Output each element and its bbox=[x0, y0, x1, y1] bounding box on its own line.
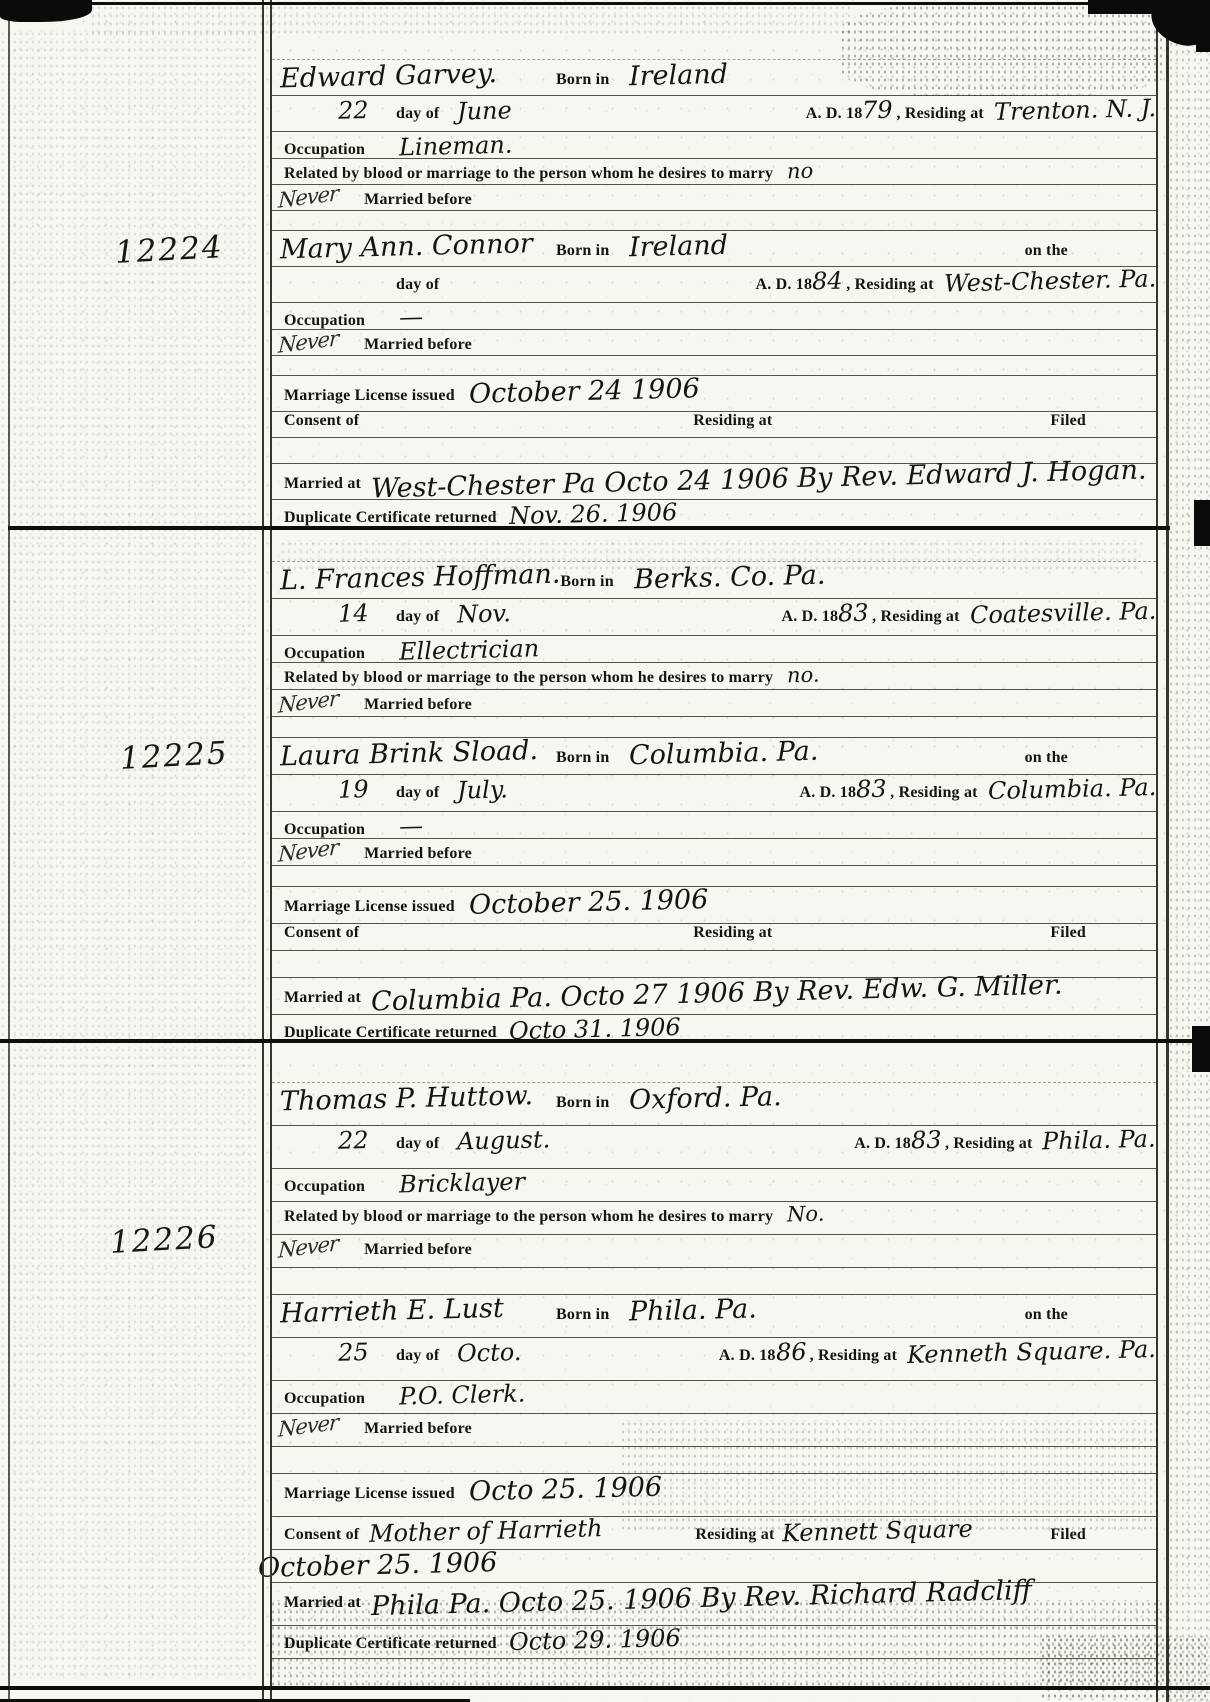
top-edge-line bbox=[90, 2, 1095, 5]
groom-birth-year: 83 bbox=[838, 599, 873, 628]
groom-name-row: Thomas P. Huttow. Born in Oxford. Pa. bbox=[272, 1083, 1156, 1126]
groom-birthdate-row: 22 day of June A. D. 18 79 , Residing at… bbox=[272, 96, 1156, 132]
duplicate-date: Octo 29. 1906 bbox=[508, 1624, 680, 1656]
duplicate-row: Duplicate Certificate returned Octo 31. … bbox=[272, 1015, 1156, 1042]
bride-birth-year: 86 bbox=[775, 1338, 810, 1367]
ruled-line bbox=[272, 1447, 1156, 1474]
born-in-label: Born in bbox=[556, 749, 609, 767]
ruled-line bbox=[272, 866, 1156, 887]
scan-noise-top bbox=[90, 4, 850, 38]
consent-of-label: Consent of bbox=[284, 412, 359, 430]
groom-related-row: Related by blood or marriage to the pers… bbox=[272, 1202, 1156, 1235]
groom-married-before-row: Never Married before bbox=[272, 1235, 1156, 1268]
groom-birth-day: 22 bbox=[338, 1125, 397, 1154]
residing-at-label: , Residing at bbox=[846, 276, 934, 294]
ad-label: A. D. 18 bbox=[781, 608, 838, 626]
married-at-label: Married at bbox=[284, 475, 361, 493]
groom-occupation-row: Occupation Lineman. bbox=[272, 132, 1156, 159]
day-of-label: day of bbox=[396, 608, 439, 626]
ruled-line bbox=[272, 717, 1156, 738]
groom-birth-year: 83 bbox=[911, 1126, 946, 1155]
groom-related-answer: no. bbox=[787, 663, 820, 688]
married-at-label: Married at bbox=[284, 1594, 361, 1612]
bride-birthplace: Phila. Pa. bbox=[629, 1293, 757, 1327]
groom-residence: Coatesville. Pa. bbox=[969, 597, 1156, 630]
bride-birthdate-row: 19 day of July. A. D. 18 83 , Residing a… bbox=[272, 775, 1156, 812]
duplicate-label: Duplicate Certificate returned bbox=[284, 1635, 497, 1653]
license-issued-date: October 25. 1906 bbox=[468, 884, 708, 921]
occupation-label: Occupation bbox=[284, 1178, 365, 1196]
groom-birthplace: Ireland bbox=[629, 59, 729, 92]
bride-married-before-answer: Never bbox=[278, 835, 339, 867]
born-in-label: Born in bbox=[556, 242, 609, 260]
on-the-label: on the bbox=[1025, 749, 1068, 767]
page-edge-mark-mid2 bbox=[1192, 1026, 1210, 1072]
ruled-line bbox=[272, 1056, 1156, 1083]
page-edge-mark-mid1 bbox=[1194, 500, 1210, 546]
bride-married-before-row: Never Married before bbox=[272, 330, 1156, 356]
residing-at-label: , Residing at bbox=[890, 784, 978, 802]
bride-residence: Columbia. Pa. bbox=[987, 773, 1156, 805]
consent-of-label: Consent of bbox=[284, 924, 359, 942]
ad-label: A. D. 18 bbox=[799, 784, 856, 802]
married-before-label: Married before bbox=[364, 696, 472, 714]
bride-birth-month bbox=[457, 288, 585, 291]
bride-birth-day bbox=[338, 288, 396, 289]
bride-birthdate-row: 25 day of Octo. A. D. 18 86 , Residing a… bbox=[272, 1338, 1156, 1381]
bride-birth-day: 19 bbox=[338, 774, 397, 803]
related-label: Related by blood or marriage to the pers… bbox=[284, 165, 773, 183]
residing-at-label: Residing at bbox=[693, 924, 772, 942]
ad-label: A. D. 18 bbox=[806, 105, 863, 123]
license-issued-row: Marriage License issued Octo 25. 1906 bbox=[272, 1474, 1156, 1517]
residing-at-label: , Residing at bbox=[896, 105, 984, 123]
groom-married-before-answer: Never bbox=[278, 181, 339, 213]
groom-birthplace: Berks. Co. Pa. bbox=[633, 560, 825, 596]
consent-date-value: October 25. 1906 bbox=[258, 1547, 498, 1584]
groom-birth-day: 14 bbox=[338, 598, 397, 627]
bottom-edge-line bbox=[0, 1686, 1210, 1690]
bride-occupation-row: Occupation — bbox=[272, 303, 1156, 330]
groom-related-answer: no bbox=[787, 159, 814, 184]
occupation-label: Occupation bbox=[284, 645, 365, 663]
occupation-label: Occupation bbox=[284, 1390, 365, 1408]
groom-related-row: Related by blood or marriage to the pers… bbox=[272, 159, 1156, 185]
page-edge-mark-top bbox=[1196, 0, 1210, 52]
day-of-label: day of bbox=[396, 276, 439, 294]
bride-birth-month: July. bbox=[457, 773, 586, 804]
record-number: 12225 bbox=[119, 735, 229, 777]
on-the-label: on the bbox=[1025, 242, 1068, 260]
born-in-label: Born in bbox=[556, 71, 609, 89]
groom-birthdate-row: 22 day of August. A. D. 18 83 , Residing… bbox=[272, 1126, 1156, 1169]
scan-artifact-top-left bbox=[0, 0, 92, 22]
ruled-line bbox=[272, 541, 1156, 562]
day-of-label: day of bbox=[396, 105, 439, 123]
bride-name-row: Laura Brink Sload. Born in Columbia. Pa.… bbox=[272, 738, 1156, 775]
married-before-label: Married before bbox=[364, 1241, 472, 1259]
groom-birthplace: Oxford. Pa. bbox=[629, 1081, 782, 1116]
license-issued-row: Marriage License issued October 25. 1906 bbox=[272, 887, 1156, 924]
married-at-row: Married at Phila Pa. Octo 25. 1906 By Re… bbox=[272, 1583, 1156, 1626]
duplicate-row: Duplicate Certificate returned Octo 29. … bbox=[272, 1626, 1156, 1659]
groom-related-row: Related by blood or marriage to the pers… bbox=[272, 663, 1156, 690]
bride-name: Mary Ann. Connor bbox=[280, 228, 557, 266]
groom-name: L. Frances Hoffman. bbox=[280, 559, 561, 597]
license-issued-date: Octo 25. 1906 bbox=[468, 1472, 662, 1508]
groom-birth-month: Nov. bbox=[457, 597, 586, 628]
consent-row: Consent of Mother of Harrieth Residing a… bbox=[272, 1517, 1156, 1550]
groom-occupation: Lineman. bbox=[399, 130, 513, 161]
record-separator-1 bbox=[8, 526, 1170, 530]
bride-birthplace: Columbia. Pa. bbox=[629, 736, 819, 772]
married-before-label: Married before bbox=[364, 845, 472, 863]
bride-occupation-row: Occupation — bbox=[272, 812, 1156, 839]
residing-at-label: , Residing at bbox=[872, 608, 960, 626]
number-column-line-outer bbox=[262, 0, 264, 1702]
bride-name: Laura Brink Sload. bbox=[280, 735, 557, 773]
residing-at-label: Residing at bbox=[695, 1526, 774, 1544]
born-in-label: Born in bbox=[556, 1094, 609, 1112]
groom-occupation-row: Occupation Bricklayer bbox=[272, 1169, 1156, 1202]
married-before-label: Married before bbox=[364, 191, 472, 209]
filed-label: Filed bbox=[1050, 412, 1086, 430]
groom-married-before-row: Never Married before bbox=[272, 690, 1156, 717]
bride-married-before-row: Never Married before bbox=[272, 839, 1156, 866]
record-12226: Thomas P. Huttow. Born in Oxford. Pa. 22… bbox=[272, 1040, 1156, 1702]
duplicate-row: Duplicate Certificate returned Nov. 26. … bbox=[272, 500, 1156, 527]
bride-name-row: Mary Ann. Connor Born in Ireland on the bbox=[272, 231, 1156, 267]
groom-birth-month: August. bbox=[457, 1124, 586, 1155]
filed-label: Filed bbox=[1050, 1526, 1086, 1544]
related-label: Related by blood or marriage to the pers… bbox=[284, 1208, 773, 1226]
license-issued-label: Marriage License issued bbox=[284, 898, 455, 916]
left-margin-line bbox=[8, 0, 10, 1702]
ad-label: A. D. 18 bbox=[854, 1135, 911, 1153]
groom-married-before-answer: Never bbox=[278, 1231, 339, 1263]
groom-occupation-row: Occupation Ellectrician bbox=[272, 636, 1156, 663]
marriage-register-page: 12224 Edward Garvey. Born in Ireland 22 … bbox=[0, 0, 1210, 1702]
groom-birth-day: 22 bbox=[338, 95, 397, 124]
groom-birth-month: June bbox=[457, 95, 586, 126]
groom-married-before-row: Never Married before bbox=[272, 185, 1156, 211]
bride-occupation-row: Occupation P.O. Clerk. bbox=[272, 1381, 1156, 1414]
license-issued-date: October 24 1906 bbox=[468, 374, 699, 411]
ruled-line bbox=[272, 356, 1156, 376]
bride-married-before-answer: Never bbox=[278, 1410, 339, 1442]
groom-name-row: L. Frances Hoffman. Born in Berks. Co. P… bbox=[272, 562, 1156, 599]
married-at-label: Married at bbox=[284, 989, 361, 1007]
residing-at-label: Residing at bbox=[693, 412, 772, 430]
married-at-row: Married at Columbia Pa. Octo 27 1906 By … bbox=[272, 978, 1156, 1015]
scan-noise-left-strip bbox=[0, 30, 260, 1680]
consent-row: Consent of Residing at Filed bbox=[272, 924, 1156, 951]
bride-birth-month: Octo. bbox=[457, 1336, 586, 1367]
day-of-label: day of bbox=[396, 1135, 439, 1153]
occupation-label: Occupation bbox=[284, 141, 365, 159]
groom-residence: Phila. Pa. bbox=[1042, 1125, 1156, 1156]
ruled-line bbox=[272, 211, 1156, 231]
residing-at-label: , Residing at bbox=[945, 1135, 1033, 1153]
born-in-label: Born in bbox=[560, 573, 613, 591]
bride-married-before-answer: Never bbox=[278, 326, 339, 358]
bride-birthplace: Ireland bbox=[629, 230, 729, 263]
bride-residence: West-Chester. Pa. bbox=[943, 265, 1156, 298]
bride-occupation: P.O. Clerk. bbox=[399, 1379, 526, 1410]
day-of-label: day of bbox=[396, 784, 439, 802]
license-issued-label: Marriage License issued bbox=[284, 387, 455, 405]
bride-birthdate-row: day of A. D. 18 84 , Residing at West-Ch… bbox=[272, 267, 1156, 303]
bride-birth-year: 83 bbox=[856, 775, 891, 804]
groom-married-before-answer: Never bbox=[278, 686, 339, 718]
ad-label: A. D. 18 bbox=[719, 1347, 776, 1365]
right-column-line-outer bbox=[1166, 0, 1169, 1702]
married-at-row: Married at West-Chester Pa Octo 24 1906 … bbox=[272, 464, 1156, 500]
consent-of-value: Mother of Harrieth bbox=[369, 1514, 603, 1548]
record-12225: L. Frances Hoffman. Born in Berks. Co. P… bbox=[272, 527, 1156, 1054]
residing-at-label: , Residing at bbox=[810, 1347, 898, 1365]
number-column-line-inner bbox=[270, 0, 272, 1702]
groom-name-row: Edward Garvey. Born in Ireland bbox=[272, 60, 1156, 96]
ad-label: A. D. 18 bbox=[756, 276, 813, 294]
ruled-line bbox=[272, 1268, 1156, 1295]
ruled-line bbox=[272, 40, 1156, 60]
bride-name-row: Harrieth E. Lust Born in Phila. Pa. on t… bbox=[272, 1295, 1156, 1338]
bride-occupation: — bbox=[399, 303, 424, 332]
groom-related-answer: No. bbox=[787, 1202, 825, 1227]
groom-name: Thomas P. Huttow. bbox=[280, 1080, 557, 1118]
bride-birth-year: 84 bbox=[812, 267, 847, 296]
bride-birth-day: 25 bbox=[338, 1337, 397, 1366]
bride-occupation: — bbox=[399, 812, 424, 841]
consent-row: Consent of Residing at Filed bbox=[272, 412, 1156, 438]
record-number: 12224 bbox=[114, 229, 224, 271]
day-of-label: day of bbox=[396, 1347, 439, 1365]
married-before-label: Married before bbox=[364, 336, 472, 354]
groom-birthdate-row: 14 day of Nov. A. D. 18 83 , Residing at… bbox=[272, 599, 1156, 636]
record-number: 12226 bbox=[109, 1219, 219, 1261]
groom-residence: Trenton. N. J. bbox=[994, 94, 1157, 126]
bride-residence: Kenneth Square. Pa. bbox=[907, 1335, 1156, 1369]
record-separator-2 bbox=[0, 1039, 1210, 1043]
groom-birth-year: 79 bbox=[862, 96, 897, 125]
scan-noise-right-strip bbox=[1168, 0, 1210, 1702]
married-before-label: Married before bbox=[364, 1420, 472, 1438]
duplicate-label: Duplicate Certificate returned bbox=[284, 509, 497, 527]
bride-name: Harrieth E. Lust bbox=[280, 1292, 557, 1330]
consent-of-label: Consent of bbox=[284, 1526, 359, 1544]
license-issued-row: Marriage License issued October 24 1906 bbox=[272, 376, 1156, 412]
groom-occupation: Ellectrician bbox=[399, 634, 540, 665]
consent-residing-value: Kennett Square bbox=[782, 1515, 973, 1548]
record-12224: Edward Garvey. Born in Ireland 22 day of… bbox=[272, 40, 1156, 527]
groom-name: Edward Garvey. bbox=[280, 57, 557, 95]
filed-label: Filed bbox=[1050, 924, 1086, 942]
groom-occupation: Bricklayer bbox=[399, 1167, 526, 1198]
right-column-line-inner bbox=[1156, 0, 1158, 1702]
born-in-label: Born in bbox=[556, 1306, 609, 1324]
related-label: Related by blood or marriage to the pers… bbox=[284, 669, 773, 687]
on-the-label: on the bbox=[1025, 1306, 1068, 1324]
bride-married-before-row: Never Married before bbox=[272, 1414, 1156, 1447]
license-issued-label: Marriage License issued bbox=[284, 1485, 455, 1503]
